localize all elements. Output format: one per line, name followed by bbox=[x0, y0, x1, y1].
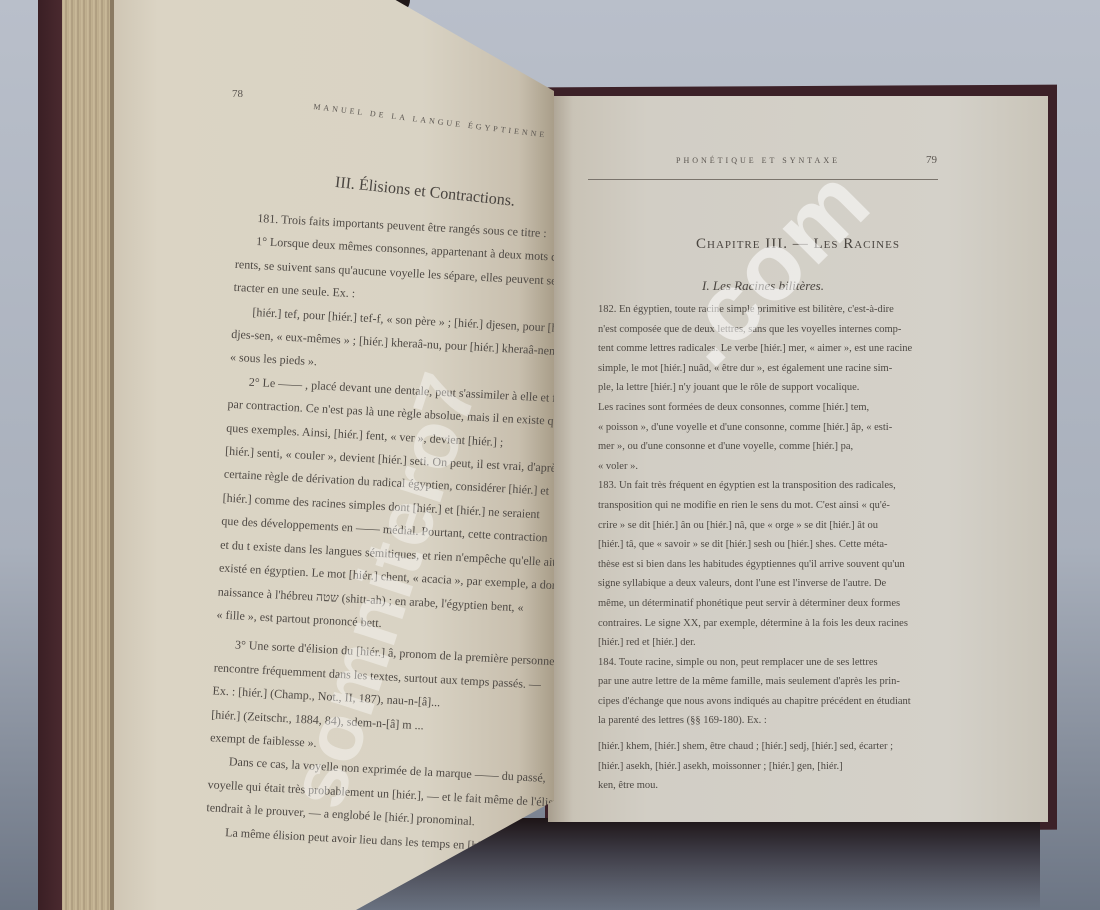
running-head: Manuel de la langue égyptienne bbox=[313, 102, 548, 140]
section-title: III. Élisions et Contractions. bbox=[334, 174, 516, 211]
left-page-edges bbox=[62, 0, 116, 910]
left-cover-edge bbox=[38, 0, 64, 910]
right-body-text: 182. En égyptien, toute racine simple pr… bbox=[598, 300, 912, 796]
page-number: 78 bbox=[232, 88, 243, 100]
header-rule bbox=[588, 179, 938, 180]
page-number: 79 bbox=[926, 154, 937, 166]
page-edge-line bbox=[110, 0, 114, 910]
